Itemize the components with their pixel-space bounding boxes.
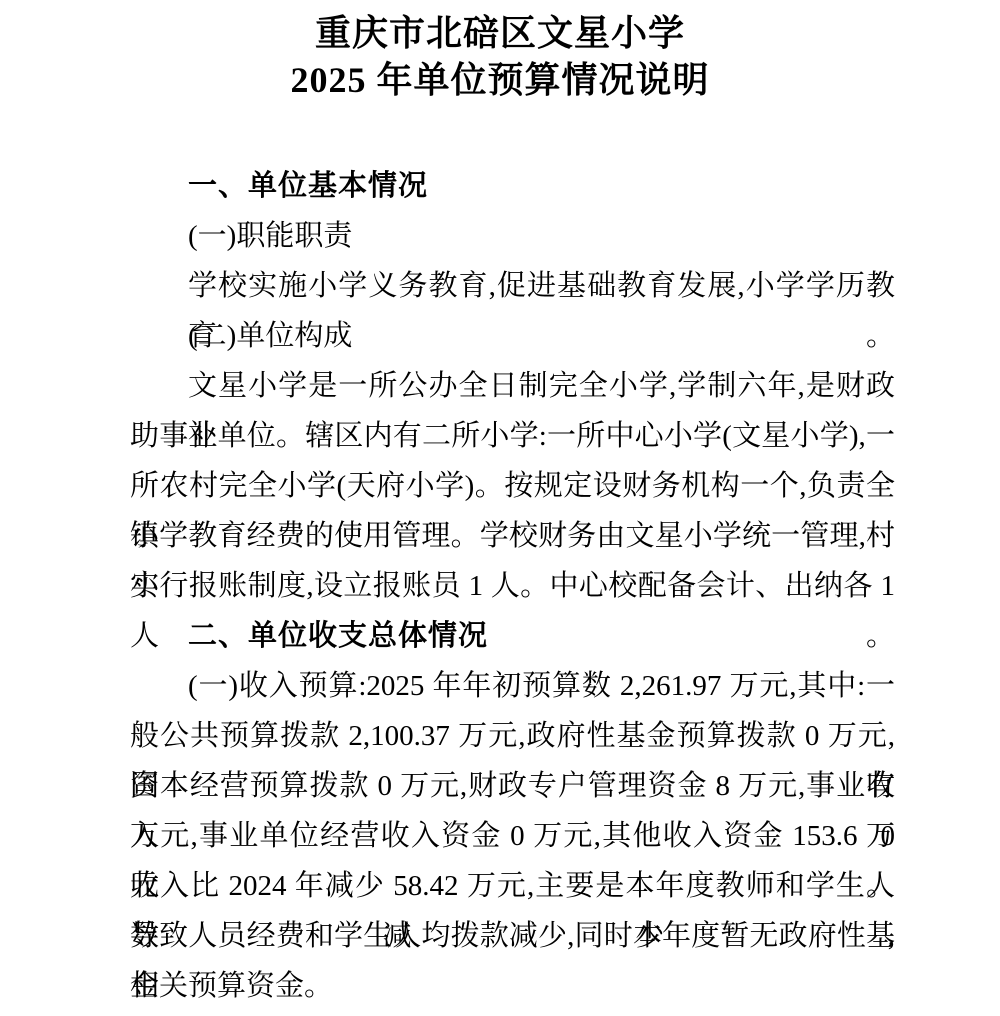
para-composition-line-3: 所农村完全小学(天府小学)。按规定设财务机构一个,负责全镇 bbox=[130, 461, 895, 511]
para-revenue-line-3: 资本经营预算拨款 0 万元,财政专户管理资金 8 万元,事业收入 0 bbox=[130, 761, 895, 811]
para-revenue-line-5: 收入比 2024 年减少 58.42 万元,主要是本年度教师和学生人数减少, bbox=[130, 861, 895, 911]
para-composition-line-1: 文星小学是一所公办全日制完全小学,学制六年,是财政补 bbox=[130, 361, 895, 411]
para-revenue-line-7: 相关预算资金。 bbox=[130, 961, 895, 1011]
para-revenue-line-4: 万元,事业单位经营收入资金 0 万元,其他收入资金 153.6 万元。 bbox=[130, 811, 895, 861]
para-duties-line-1: 学校实施小学义务教育,促进基础教育发展,小学学历教育。 bbox=[130, 261, 895, 311]
title-line-1: 重庆市北碚区文星小学 bbox=[0, 10, 1000, 57]
section-1-heading: 一、单位基本情况 bbox=[130, 161, 895, 211]
title-line-2: 2025 年单位预算情况说明 bbox=[0, 57, 1000, 104]
para-revenue-line-2: 般公共预算拨款 2,100.37 万元,政府性基金预算拨款 0 万元,国有 bbox=[130, 711, 895, 761]
document-page: 重庆市北碚区文星小学 2025 年单位预算情况说明 一、单位基本情况 (一)职能… bbox=[0, 0, 1000, 1016]
document-body: 一、单位基本情况 (一)职能职责 学校实施小学义务教育,促进基础教育发展,小学学… bbox=[130, 161, 895, 1011]
para-composition-line-5: 实行报账制度,设立报账员 1 人。中心校配备会计、出纳各 1 人。 bbox=[130, 561, 895, 611]
para-revenue-line-6: 导致人员经费和学生人均拨款减少,同时本年度暂无政府性基金 bbox=[130, 911, 895, 961]
para-revenue-line-1: (一)收入预算:2025 年年初预算数 2,261.97 万元,其中:一 bbox=[130, 661, 895, 711]
section-1-1-subheading: (一)职能职责 bbox=[130, 211, 895, 261]
para-composition-line-4: 小学教育经费的使用管理。学校财务由文星小学统一管理,村小 bbox=[130, 511, 895, 561]
para-composition-line-2: 助事业单位。辖区内有二所小学:一所中心小学(文星小学),一 bbox=[130, 411, 895, 461]
document-title: 重庆市北碚区文星小学 2025 年单位预算情况说明 bbox=[0, 10, 1000, 104]
